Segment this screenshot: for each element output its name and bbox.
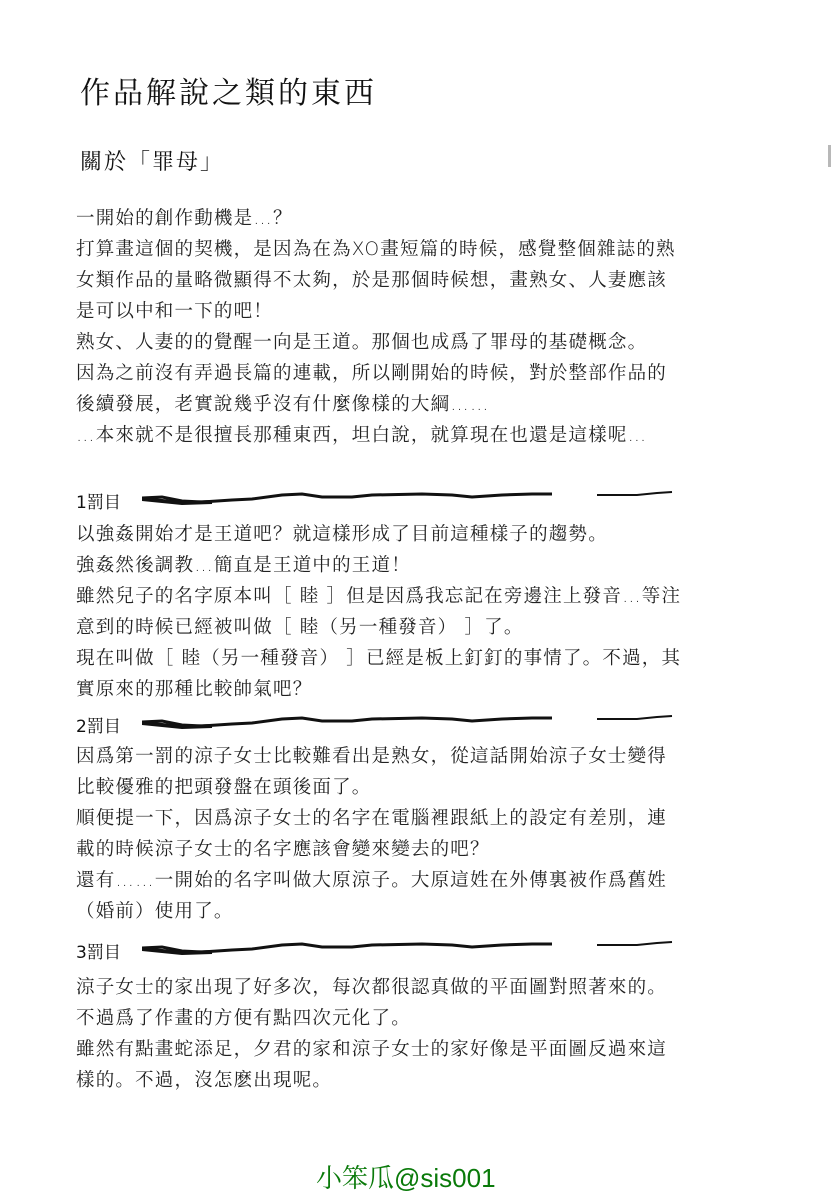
text-line: 涼子女士的家出現了好多次，每次都很認真做的平面圖對照著來的。 (76, 972, 756, 1003)
text-line: 打算畫這個的契機，是因為在為XO畫短篇的時候，感覺整個雜誌的熟 (76, 234, 756, 265)
text-line: 以強姦開始才是王道吧？就這樣形成了目前這種樣子的趨勢。 (76, 519, 756, 550)
scanned-page: 作品解說之類的東西 關於「罪母」 一開始的創作動機是…？ 打算畫這個的契機，是因… (0, 0, 831, 1200)
section-heading-label: 3罰目 (76, 938, 121, 963)
section-heading-3: 3罰目 (76, 938, 696, 964)
text-line: （婚前）使用了。 (76, 896, 756, 927)
text-line: 後續發展，老實說幾乎沒有什麼像樣的大綱…… (76, 389, 756, 420)
text-line: …本來就不是很擅長那種東西，坦白說，就算現在也還是這樣呢… (76, 420, 756, 451)
text-line: 樣的。不過，沒怎麽出現呢。 (76, 1065, 756, 1096)
brush-stroke-divider-icon (142, 940, 682, 960)
section-1-paragraph: 以強姦開始才是王道吧？就這樣形成了目前這種樣子的趨勢。 強姦然後調教…簡直是王道… (76, 519, 756, 705)
section-3-paragraph: 涼子女士的家出現了好多次，每次都很認真做的平面圖對照著來的。 不過爲了作畫的方便… (76, 972, 756, 1096)
text-line: 因爲第一罰的涼子女士比較難看出是熟女，從這話開始涼子女士變得 (76, 741, 756, 772)
text-line: 不過爲了作畫的方便有點四次元化了。 (76, 1003, 756, 1034)
text-line: 女類作品的量略微顯得不太夠，於是那個時候想，畫熟女、人妻應該 (76, 265, 756, 296)
brush-stroke-divider-icon (142, 490, 682, 510)
section-heading-label: 2罰目 (76, 712, 121, 737)
text-line: 意到的時候已經被叫做［ 睦（另一種發音） ］了。 (76, 612, 756, 643)
text-line: 現在叫做［ 睦（另一種發音） ］已經是板上釘釘的事情了。不過，其 (76, 643, 756, 674)
text-line: 雖然兒子的名字原本叫［ 睦 ］但是因爲我忘記在旁邊注上發音…等注 (76, 581, 756, 612)
watermark: 小笨瓜@sis001 (316, 1158, 496, 1195)
intro-paragraph: 一開始的創作動機是…？ 打算畫這個的契機，是因為在為XO畫短篇的時候，感覺整個雜… (76, 203, 756, 451)
text-line: 熟女、人妻的的覺醒一向是王道。那個也成爲了罪母的基礎概念。 (76, 327, 756, 358)
section-heading-label: 1罰目 (76, 488, 121, 513)
page-title: 作品解說之類的東西 (80, 68, 377, 112)
section-heading-1: 1罰目 (76, 488, 696, 514)
text-line: 因為之前沒有弄過長篇的連載，所以剛開始的時候，對於整部作品的 (76, 358, 756, 389)
text-line: 順便提一下，因爲涼子女士的名字在電腦裡跟紙上的設定有差別，連 (76, 803, 756, 834)
section-subtitle: 關於「罪母」 (80, 145, 224, 176)
text-line: 比較優雅的把頭發盤在頭後面了。 (76, 772, 756, 803)
text-line: 強姦然後調教…簡直是王道中的王道！ (76, 550, 756, 581)
text-line: 載的時候涼子女士的名字應該會變來變去的吧？ (76, 834, 756, 865)
section-heading-2: 2罰目 (76, 712, 696, 738)
text-line: 是可以中和一下的吧！ (76, 296, 756, 327)
text-line: 一開始的創作動機是…？ (76, 203, 756, 234)
text-line: 雖然有點畫蛇添足，夕君的家和涼子女士的家好像是平面圖反過來這 (76, 1034, 756, 1065)
text-line: 還有……一開始的名字叫做大原涼子。大原這姓在外傳裏被作爲舊姓 (76, 865, 756, 896)
section-2-paragraph: 因爲第一罰的涼子女士比較難看出是熟女，從這話開始涼子女士變得 比較優雅的把頭發盤… (76, 741, 756, 927)
text-line: 實原來的那種比較帥氣吧？ (76, 674, 756, 705)
brush-stroke-divider-icon (142, 714, 682, 734)
